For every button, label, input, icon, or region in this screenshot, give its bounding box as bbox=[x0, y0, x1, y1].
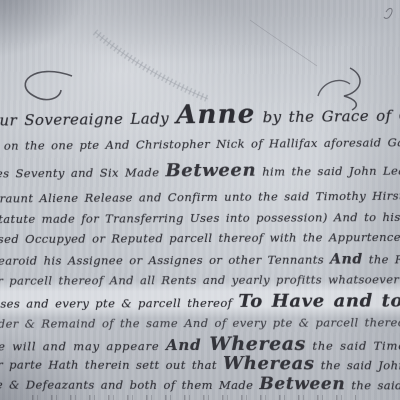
manuscript-text: er parte Hath therein sett out that bbox=[0, 358, 223, 372]
manuscript-text: nder & Remaind of the same And of every … bbox=[0, 315, 400, 331]
repair-scar bbox=[95, 32, 208, 99]
manuscript-text: or parcell thereof And all Rents and yea… bbox=[0, 272, 400, 288]
manuscript-line: re & Defeazants and both of them Made Be… bbox=[0, 374, 400, 395]
engrossed-word-anne: Anne bbox=[176, 99, 256, 130]
manuscript-text: d on the one pte And Christopher Nick of… bbox=[0, 135, 400, 153]
engrossed-word-whereas: Whereas bbox=[223, 353, 315, 374]
corner-mark bbox=[384, 8, 392, 18]
partial-line-letter-tops bbox=[26, 395, 356, 400]
manuscript-line: Learoid his Assignee or Assignes or othe… bbox=[0, 251, 400, 269]
manuscript-text: the Revertion & bbox=[363, 252, 400, 266]
manuscript-text: Statute made for Transferring Uses into … bbox=[0, 210, 400, 226]
manuscript-line: er parte Hath therein sett out that Wher… bbox=[0, 353, 400, 375]
manuscript-line: res Seventy and Six Made Between him the… bbox=[0, 158, 400, 182]
manuscript-text: the said John Learoi bbox=[345, 378, 400, 392]
manuscript-text: res Seventy and Six Made bbox=[0, 165, 166, 180]
manuscript-text: him the said John Learoid bbox=[256, 163, 400, 178]
engrossed-word-and: And bbox=[330, 251, 363, 267]
parchment-deed-photo: our Sovereaigne Lady Anne by the Grace o… bbox=[0, 0, 400, 400]
manuscript-text: ge will and may appeare bbox=[0, 339, 166, 353]
manuscript-line: isses and every pte & parcell thereof To… bbox=[0, 290, 400, 313]
flourish-que-swash bbox=[318, 80, 350, 96]
manuscript-text: isses and every pte & parcell thereof bbox=[0, 296, 238, 311]
manuscript-text: Graunt Aliene Release and Confirm unto t… bbox=[0, 188, 400, 205]
manuscript-text: by the Grace of God bbox=[255, 106, 400, 126]
engrossed-word-between: Between bbox=[259, 374, 345, 394]
engrossed-word-between: Between bbox=[165, 160, 256, 182]
engrossed-phrase-to-have-and-to-hold: To Have and to Hold bbox=[238, 290, 400, 312]
flourish-left bbox=[25, 71, 72, 99]
manuscript-line: used Occupyed or Reputed parcell thereof… bbox=[0, 230, 400, 246]
manuscript-text: the said Timothy bbox=[306, 339, 400, 353]
manuscript-line: or parcell thereof And all Rents and yea… bbox=[0, 272, 400, 288]
manuscript-line: Statute made for Transferring Uses into … bbox=[0, 210, 400, 226]
manuscript-line: nder & Remaind of the same And of every … bbox=[0, 315, 400, 331]
engrossed-word-whereas: Whereas bbox=[209, 333, 306, 355]
crease-scratch bbox=[250, 20, 317, 66]
manuscript-line: our Sovereaigne Lady Anne by the Grace o… bbox=[0, 97, 400, 132]
manuscript-text: used Occupyed or Reputed parcell thereof… bbox=[0, 230, 400, 246]
manuscript-text: our Sovereaigne Lady bbox=[0, 109, 176, 129]
engrossed-word-and: And bbox=[166, 336, 210, 354]
repair-scar-line bbox=[95, 32, 208, 99]
manuscript-text: the said John Learoi bbox=[315, 358, 400, 372]
manuscript-line: Graunt Aliene Release and Confirm unto t… bbox=[0, 188, 400, 205]
manuscript-line: d on the one pte And Christopher Nick of… bbox=[0, 135, 400, 153]
manuscript-text: Learoid his Assignee or Assignes or othe… bbox=[0, 253, 330, 268]
manuscript-text: re & Defeazants and both of them Made bbox=[0, 378, 259, 392]
